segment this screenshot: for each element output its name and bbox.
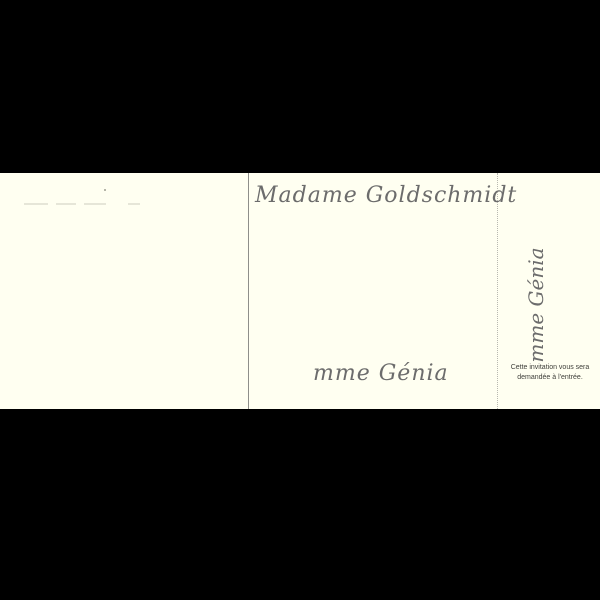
show-through-marks [10, 203, 150, 207]
middle-panel: Madame Goldschmidt mme Génia [249, 173, 497, 409]
tear-off-stub: mme Génia Cette invitation vous sera dem… [498, 173, 600, 409]
left-panel [0, 173, 248, 409]
ink-speck [104, 189, 106, 191]
signature-handwriting: mme Génia [313, 361, 449, 386]
stub-notice-text: Cette invitation vous sera demandée à l'… [504, 363, 596, 383]
invitation-card: Madame Goldschmidt mme Génia mme Génia C… [0, 173, 600, 409]
stub-signature-handwriting: mme Génia [524, 245, 548, 365]
addressee-handwriting: Madame Goldschmidt [255, 183, 517, 208]
